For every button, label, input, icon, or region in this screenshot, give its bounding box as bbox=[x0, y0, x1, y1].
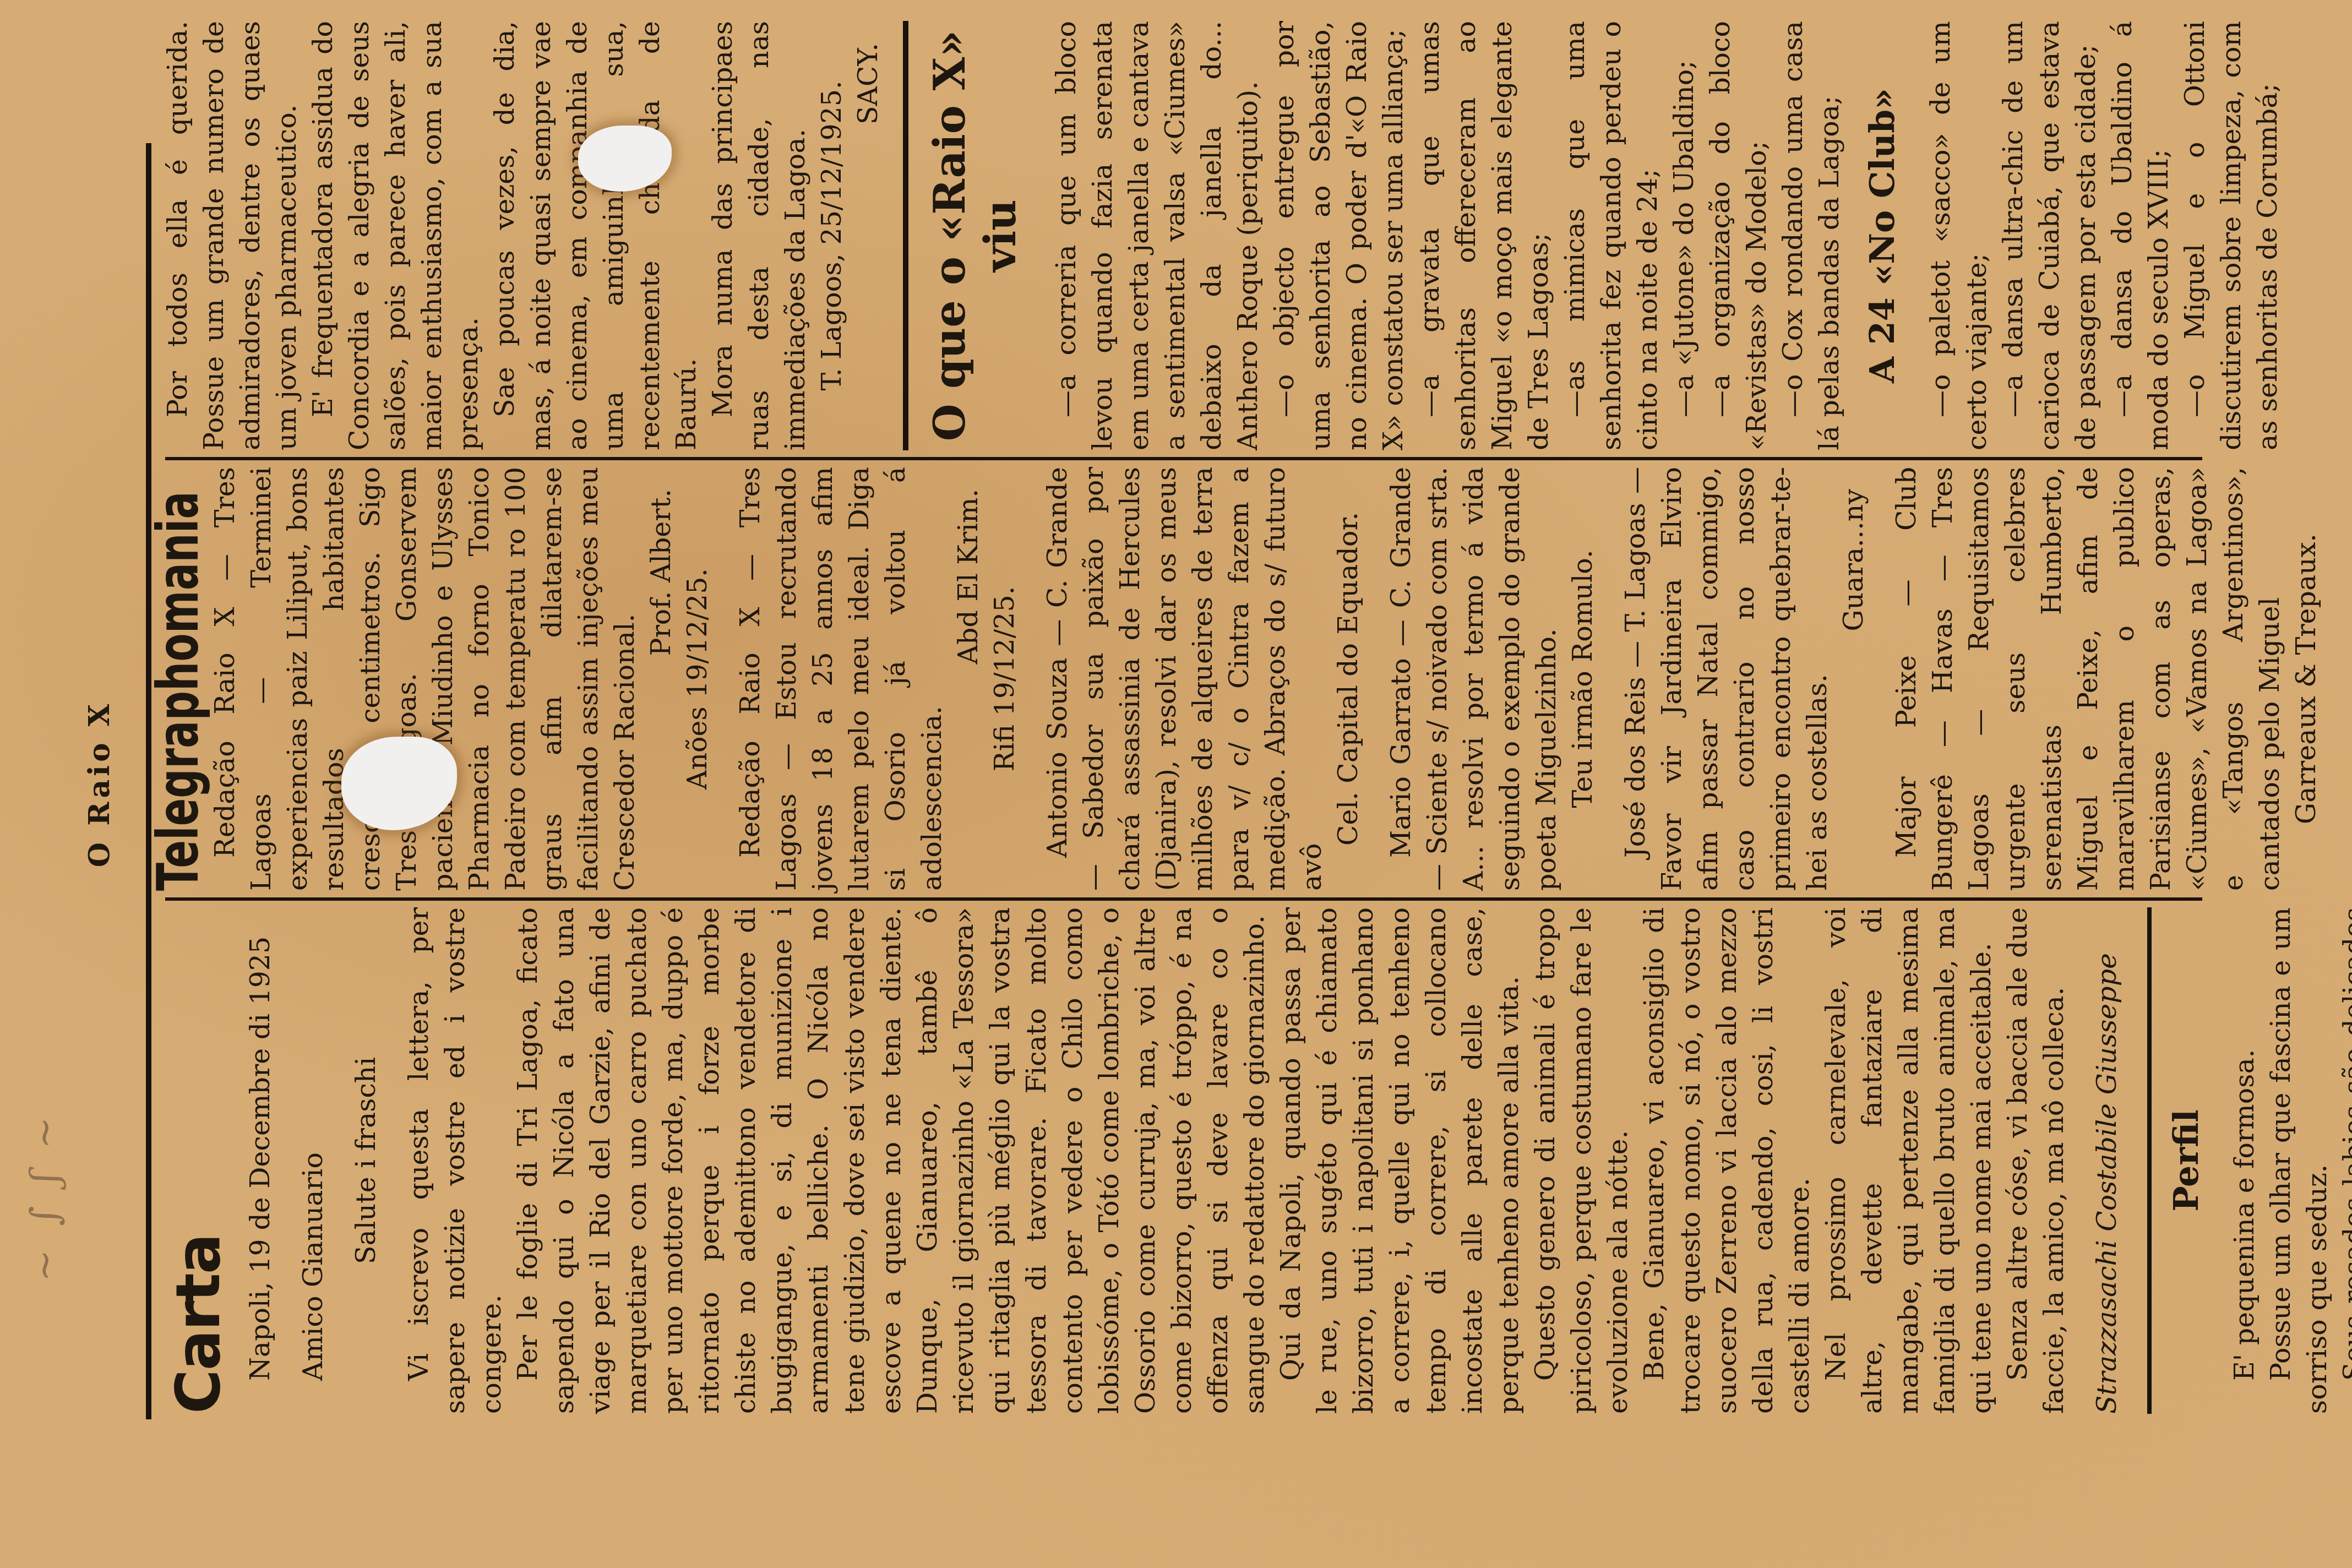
telegram-text: Mario Garrato — C. Grande — Sciente s/ n… bbox=[1383, 467, 1565, 891]
telegram-dateline: Anões 19/12/25. bbox=[679, 467, 716, 891]
telegraphomania-column: Telegraphomania Redação Raio X — Tres La… bbox=[160, 467, 2324, 891]
telegraphomania-heading: Telegraphomania bbox=[160, 586, 196, 891]
telegram-text: Redação Raio X — Tres Lagoas — Estou rec… bbox=[732, 467, 950, 891]
no-club-heading: A 24 «No Club» bbox=[1864, 21, 1901, 450]
column-rule bbox=[165, 457, 2202, 460]
carta-paragraph: Senza altre cóse, vi baccia ale due facc… bbox=[2000, 907, 2072, 1414]
telegram-text: José dos Reis — T. Lagoas — Favor vir Ja… bbox=[1618, 467, 1836, 891]
carta-column: Carta Napoli, 19 de Decembre di 1925 Ami… bbox=[160, 907, 2352, 1414]
gossip-item: —a organização do bloco «Revistas» do Mo… bbox=[1702, 21, 1775, 450]
carta-dateline: Napoli, 19 de Decembre di 1925 bbox=[242, 907, 279, 1414]
raio-x-viu-heading: O que o «Raio X» viu bbox=[925, 21, 1026, 450]
profile-paragraph: E' frequentadora assidua do Concordia e … bbox=[305, 21, 487, 450]
profile-dateline: T. Lagoos, 25/12/1925. bbox=[814, 21, 850, 450]
telegram-signature: Teu irmão Romulo. bbox=[1565, 467, 1601, 891]
telegram-signature: Cel. Capital do Equador. bbox=[1330, 467, 1366, 891]
perfil-paragraph: E' pequenina e formosa. bbox=[2226, 907, 2263, 1414]
telegram-signature: Abd El Krim. bbox=[950, 467, 987, 891]
column-rule bbox=[165, 897, 2202, 901]
newspaper-scan: ~ ∫ ʃ ~ O Raio X Carta Napoli, 19 de Dec… bbox=[0, 0, 2352, 1568]
club-item: —o Miguel e o Ottoni discutirem sobre li… bbox=[2177, 21, 2286, 450]
profile-paragraph: Sae poucas vezes, de dia, mas, á noite q… bbox=[487, 21, 705, 450]
telegram-text: Major Peixe — Club Bungerê — Havas — Tre… bbox=[1888, 467, 2288, 891]
club-item: —o paletot «sacco» de um certo viajante; bbox=[1923, 21, 1995, 450]
profile-paragraph: Mora numa das principaes ruas desta cida… bbox=[705, 21, 814, 450]
gossip-item: —as mimicas que uma senhorita fez quando… bbox=[1557, 21, 1666, 450]
carta-paragraph: Per le foglie di Tri Lagoa, ficato sapen… bbox=[510, 907, 1273, 1414]
carta-signature: Strazzasachi Costabile Giusseppe bbox=[2089, 907, 2125, 1414]
telegram-text: Redação Raio X — Tres Lagoas — Terminei … bbox=[207, 467, 643, 891]
perfil-heading: Perfil bbox=[2168, 907, 2204, 1414]
club-item: —a dansa ultra-chic de um carioca de Cui… bbox=[1995, 21, 2104, 450]
perfil-rule bbox=[2147, 907, 2152, 1414]
carta-heading: Carta bbox=[165, 907, 231, 1414]
gossip-item: —a correria que um bloco levou quando fa… bbox=[1048, 21, 1266, 450]
club-item: —a dansa do Ubaldino á moda do seculo XV… bbox=[2104, 21, 2177, 450]
section-rule bbox=[903, 21, 908, 450]
gossip-item: —a «Jutone» do Ubaldino; bbox=[1666, 21, 1702, 450]
carta-paragraph: Questo genero di animali é tropo piricol… bbox=[1527, 907, 1636, 1414]
carta-salutation: Amico Gianuario bbox=[295, 907, 331, 1414]
gossip-item: —o Cox rondando uma casa lá pelas bandas… bbox=[1775, 21, 1848, 450]
gossip-item: —a gravata que umas senhoritas offerecer… bbox=[1412, 21, 1557, 450]
pencil-scribble: ~ ∫ ʃ ~ bbox=[22, 1111, 67, 1282]
gossip-item: —o objecto entregue por uma senhorita ao… bbox=[1266, 21, 1412, 450]
carta-paragraph: Bene, Gianuareo, vi aconsiglio di trocar… bbox=[1636, 907, 1818, 1414]
right-column: Por todos ella é querida. Possue um gran… bbox=[160, 21, 2286, 450]
telegram-signature: Guara...ny bbox=[1836, 467, 1872, 891]
telegram-dateline: Rifi 19/12/25. bbox=[987, 467, 1023, 891]
profile-signature: SACY. bbox=[850, 21, 886, 450]
telegram-signature: Garreaux & Trepaux. bbox=[2288, 467, 2324, 891]
newspaper-page: ~ ∫ ʃ ~ O Raio X Carta Napoli, 19 de Dec… bbox=[0, 0, 2352, 1568]
profile-paragraph: Por todos ella é querida. Possue um gran… bbox=[160, 21, 305, 450]
carta-paragraph: Qui da Napoli, quando passa per le rue, … bbox=[1273, 907, 1527, 1414]
telegram-signature: Prof. Albert. bbox=[643, 467, 679, 891]
carta-paragraph: Nel prossimo carnelevale, voi altre, dev… bbox=[1818, 907, 2000, 1414]
perfil-paragraph: Seus rosados labios são delicados e mimo… bbox=[2335, 907, 2352, 1414]
carta-paragraph: Vi iscrevo questa lettera, per sapere no… bbox=[401, 907, 510, 1414]
perfil-paragraph: Possue um olhar que fascina e um sorriso… bbox=[2263, 907, 2335, 1414]
running-head: O Raio X bbox=[83, 0, 116, 1568]
carta-greeting: Salute i fraschi bbox=[348, 907, 384, 1414]
telegram-text: Antonio Souza — C. Grande — Sabedor sua … bbox=[1039, 467, 1330, 891]
